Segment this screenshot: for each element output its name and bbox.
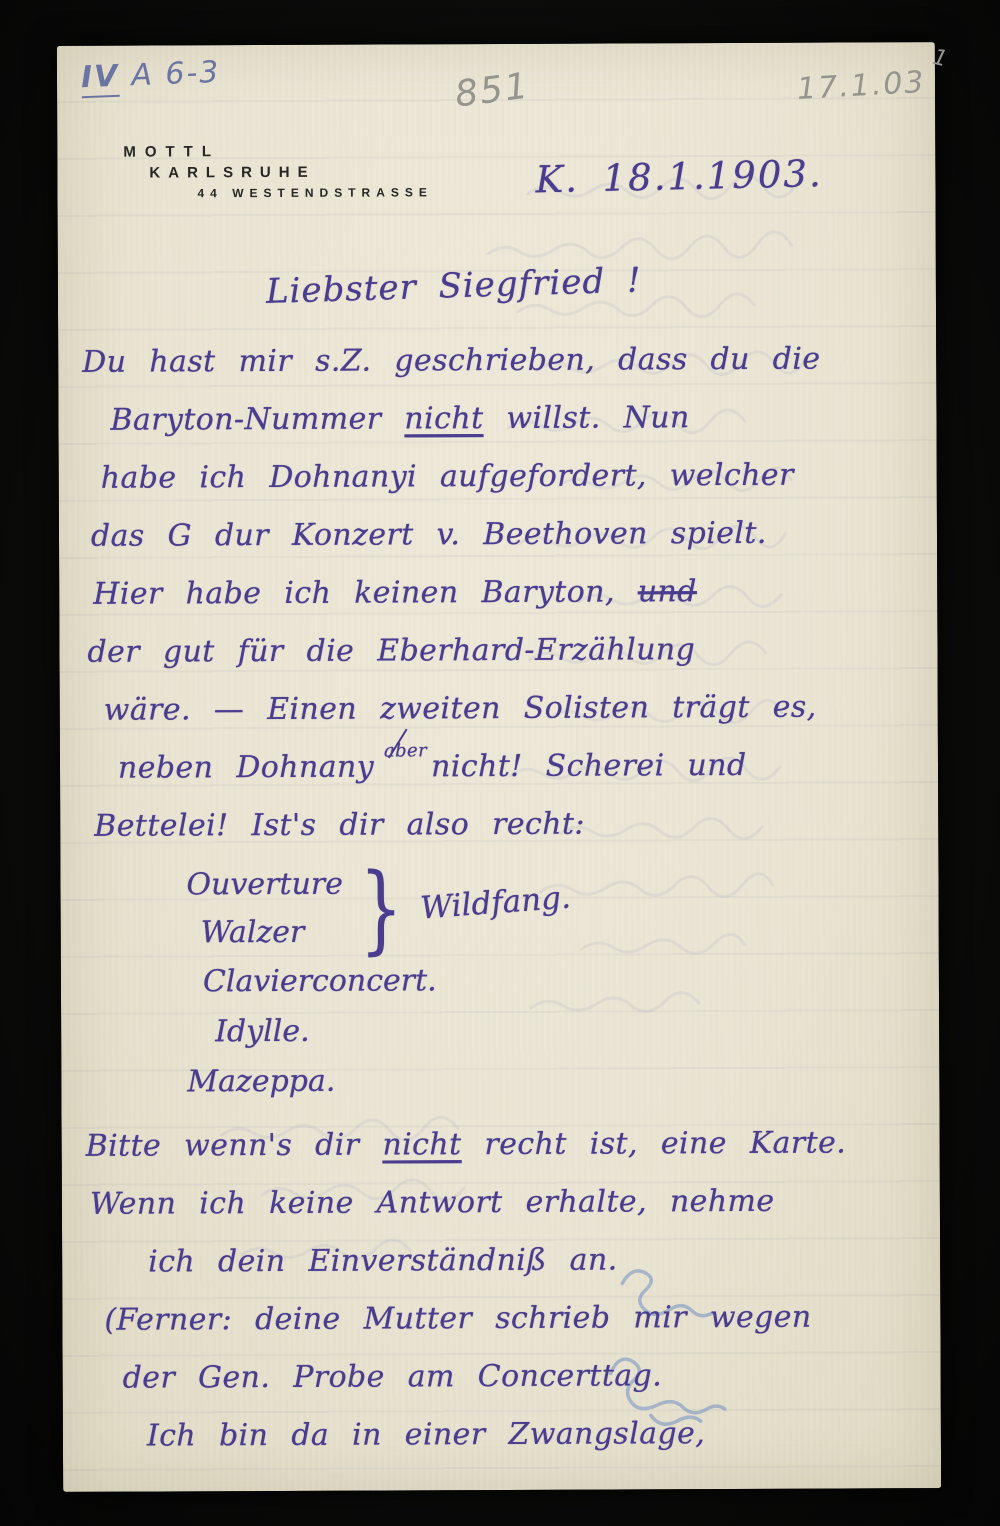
letter-line: das G dur Konzert v. Beethoven spielt.	[83, 504, 925, 566]
letter-line: Wenn ich keine Antwort erhalte, nehme	[86, 1172, 928, 1234]
letter-text: neben Dohnany	[118, 750, 374, 786]
program-brace-label: Wildfang.	[419, 879, 573, 936]
archive-mark-roman: IV	[80, 59, 120, 98]
letter-text: habe ich Dohnanyi aufgefordert, welcher	[101, 458, 794, 496]
letter-text-strike: und	[638, 574, 697, 609]
letter-text: recht ist, eine Karte.	[461, 1125, 846, 1162]
letter-line: der Gen. Probe am Concerttag.	[87, 1346, 929, 1408]
letter-line: Baryton-Nummer nicht willst. Nun	[82, 388, 924, 450]
letter-text-u: nicht	[404, 401, 483, 436]
archive-mark-rest: A 6-3	[131, 55, 221, 93]
letter-line: der gut für die Eberhard-Erzählung	[83, 620, 925, 682]
program-item: Clavierconcert.	[187, 954, 927, 1007]
letter-line: habe ich Dohnanyi aufgefordert, welcher	[83, 446, 925, 508]
dateline: K. 18.1.1903.	[535, 152, 823, 201]
letter-text: Baryton-Nummer	[110, 401, 404, 437]
letter-text: der Gen. Probe am Concerttag.	[123, 1358, 663, 1395]
letter-text: ich dein Einverständniß an.	[148, 1242, 618, 1279]
letter-line: Bitte wenn's dir nicht recht ist, eine K…	[86, 1114, 928, 1176]
letter-line: Ich bin da in einer Zwangslage,	[87, 1404, 929, 1466]
letterhead-street: 44 WESTENDSTRASSE	[197, 185, 432, 200]
letter-text: wäre. — Einen zweiten Solisten trägt es,	[104, 690, 817, 728]
letterhead-name: MOTTL	[123, 142, 432, 160]
letter-text: Du hast mir s.Z. geschrieben, dass du di…	[82, 342, 820, 380]
letter-closing: Bitte wenn's dir nicht recht ist, eine K…	[86, 1114, 930, 1466]
letter-text: Wenn ich keine Antwort erhalte, nehme	[90, 1184, 775, 1222]
letter-text: der gut für die Eberhard-Erzählung	[87, 632, 695, 670]
letter-text: nicht! Scherei und	[431, 748, 747, 784]
letterhead: MOTTL KARLSRUHE 44 WESTENDSTRASSE	[123, 142, 433, 200]
concert-program: Ouverture Walzer } Wildfang. Clavierconc…	[186, 858, 927, 1107]
letter-line: (Ferner: deine Mutter schrieb mir wegen	[86, 1288, 928, 1350]
letter-line: Du hast mir s.Z. geschrieben, dass du di…	[82, 330, 924, 392]
pencil-date: 17.1.03	[796, 65, 926, 107]
page-number: 1	[930, 45, 950, 73]
letter-paper: IVA 6-3 851 17.1.03 1 MOTTL KARLSRUHE 44…	[57, 42, 941, 1492]
catalog-number: 851	[453, 65, 532, 115]
letter-line: neben Dohnanyabernicht! Scherei und	[84, 736, 926, 798]
letter-text: Bettelei! Ist's dir also recht:	[94, 807, 585, 844]
letter-text-u: nicht	[382, 1127, 461, 1162]
letter-text: Hier habe ich keinen Baryton,	[93, 574, 638, 611]
program-brace-group: Ouverture Walzer } Wildfang.	[186, 858, 926, 957]
letterhead-city: KARLSRUHE	[149, 163, 432, 181]
program-item: Ouverture	[186, 861, 343, 910]
program-item: Mazeppa.	[187, 1054, 927, 1107]
scan-background: IVA 6-3 851 17.1.03 1 MOTTL KARLSRUHE 44…	[0, 0, 1000, 1526]
program-item: Walzer	[187, 909, 344, 958]
archive-mark: IVA 6-3	[80, 55, 221, 95]
letter-body: Du hast mir s.Z. geschrieben, dass du di…	[82, 330, 926, 856]
letter-line: wäre. — Einen zweiten Solisten trägt es,	[84, 678, 926, 740]
letter-text: (Ferner: deine Mutter schrieb mir wegen	[104, 1300, 811, 1338]
letter-text: Bitte wenn's dir	[86, 1128, 383, 1164]
program-brace: }	[360, 865, 403, 952]
letter-text: das G dur Konzert v. Beethoven spielt.	[91, 516, 767, 554]
letter-text: Ich bin da in einer Zwangslage,	[147, 1416, 705, 1453]
letter-line: Bettelei! Ist's dir also recht:	[84, 794, 926, 856]
letter-line: ich dein Einverständniß an.	[86, 1230, 928, 1292]
letter-text: willst. Nun	[483, 400, 689, 436]
program-item: Idylle.	[187, 1004, 927, 1057]
letter-line: Hier habe ich keinen Baryton, und	[83, 562, 925, 624]
salutation: Liebster Siegfried !	[265, 260, 642, 311]
